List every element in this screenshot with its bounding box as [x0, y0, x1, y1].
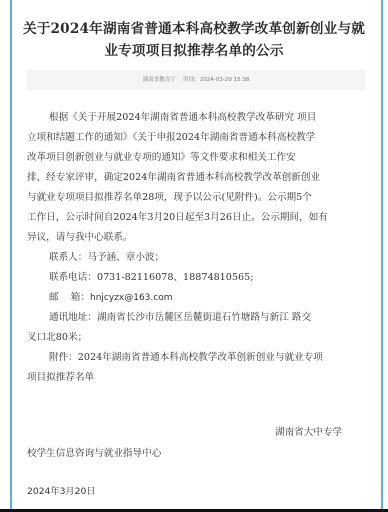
body-line: 根据《关于开展2024年湖南省普通本科高校教学改革研究 项目: [27, 108, 365, 128]
email-label: 邮 箱：: [49, 292, 90, 303]
attachment-line-2[interactable]: 项目拟推荐名单: [27, 368, 365, 388]
title-line-2: 业专项项目拟推荐名单的公示: [18, 40, 370, 62]
main-paragraph: 根据《关于开展2024年湖南省普通本科高校教学改革研究 项目 立项和结题工作的通…: [27, 108, 365, 248]
contact-phone: 联系电话：0731-82116078、18874810565;: [27, 268, 365, 288]
meta-bar: 湖南省教育厅 时间：2024-03-20 15:38: [27, 70, 365, 90]
body-line: 与就业专项项目拟推荐名单28项，现予以公示(见附件)。公示期5个: [27, 188, 365, 208]
body-line: 改革项目创新创业与就业专项的通知》等文件要求和相关工作安: [27, 148, 365, 168]
signature-line-1: 湖南省大中专学: [275, 424, 342, 438]
contact-person: 联系人：马予涵、章小波；: [27, 248, 365, 268]
signature-date: 2024年3月20日: [27, 483, 95, 497]
page-title: 关于2024年湖南省普通本科高校教学改革创新创业与就 业专项项目拟推荐名单的公示: [18, 18, 370, 62]
address-line-1: 通讯地址：湖南省长沙市岳麓区岳麓街道石竹塘路与新江 路交: [27, 308, 365, 328]
publish-time: 时间：2024-03-20 15:38: [183, 77, 249, 83]
email-link[interactable]: hnjcyzx@163.com: [90, 293, 173, 303]
body-line: 排，经专家评审，确定2024年湖南省普通本科高校教学改革创新创业: [27, 168, 365, 188]
address-line-2: 叉口北80米；: [27, 328, 365, 348]
attachment-line-1[interactable]: 附件：2024年湖南省普通本科高校教学改革创新创业与就业专项: [27, 348, 365, 368]
body-line: 工作日，公示时间自2024年3月20日起至3月26日止。公示期间，如有: [27, 208, 365, 228]
source-label: 湖南省教育厅: [143, 77, 176, 83]
signature-line-2: 校学生信息咨询与就业指导中心: [27, 445, 161, 459]
contact-email: 邮 箱：hnjcyzx@163.com: [27, 288, 365, 308]
article-body: 根据《关于开展2024年湖南省普通本科高校教学改革研究 项目 立项和结题工作的通…: [27, 108, 365, 388]
title-line-1: 关于2024年湖南省普通本科高校教学改革创新创业与就: [18, 18, 370, 40]
body-line: 立项和结题工作的通知》《关于申报2024年湖南省普通本科高校教学: [27, 128, 365, 148]
body-line: 异议，请与我中心联系。: [27, 228, 365, 248]
time-value: 2024-03-20 15:38: [200, 77, 250, 83]
time-label: 时间：: [183, 77, 200, 83]
